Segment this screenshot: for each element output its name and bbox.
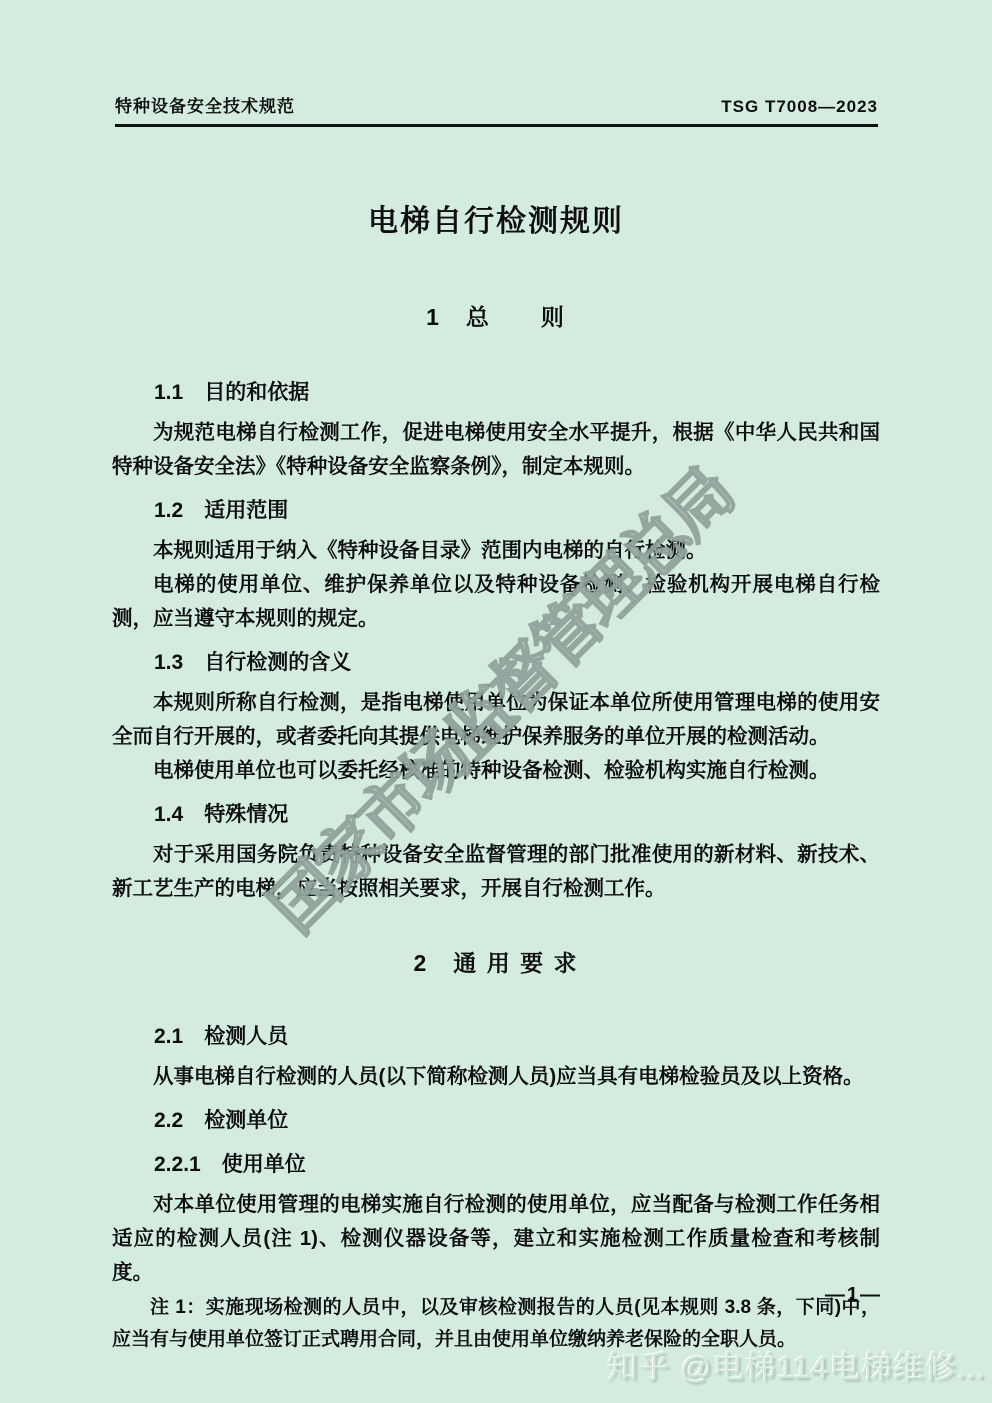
document-body: 1 总 则 1.1 目的和依据 为规范电梯自行检测工作，促进电梯使用安全水平提升… <box>112 300 880 1356</box>
header-doc-code: TSG T7008—2023 <box>721 97 878 117</box>
section-1-2-paragraph-2: 电梯的使用单位、维护保养单位以及特种设备检测、检验机构开展电梯自行检测，应当遵守… <box>112 568 880 636</box>
section-1-2-heading: 1.2 适用范围 <box>112 494 880 528</box>
section-2-2-1-paragraph: 对本单位使用管理的电梯实施自行检测的使用单位，应当配备与检测工作任务相适应的检测… <box>112 1188 880 1290</box>
section-1-4-paragraph: 对于采用国务院负责特种设备安全监督管理的部门批准使用的新材料、新技术、新工艺生产… <box>112 838 880 906</box>
section-1-1-heading: 1.1 目的和依据 <box>112 376 880 410</box>
header-spec-name: 特种设备安全技术规范 <box>115 92 295 117</box>
document-page: 特种设备安全技术规范 TSG T7008—2023 电梯自行检测规则 1 总 则… <box>0 0 992 1403</box>
chapter-2-heading: 2 通 用 要 求 <box>112 946 880 980</box>
section-1-1-paragraph: 为规范电梯自行检测工作，促进电梯使用安全水平提升，根据《中华人民共和国特种设备安… <box>112 416 880 484</box>
section-1-2-paragraph-1: 本规则适用于纳入《特种设备目录》范围内电梯的自行检测。 <box>112 534 880 568</box>
section-2-1-heading: 2.1 检测人员 <box>112 1020 880 1054</box>
section-2-1-paragraph: 从事电梯自行检测的人员(以下简称检测人员)应当具有电梯检验员及以上资格。 <box>112 1060 880 1094</box>
section-1-3-paragraph-2: 电梯使用单位也可以委托经核准的特种设备检测、检验机构实施自行检测。 <box>112 754 880 788</box>
section-2-2-heading: 2.2 检测单位 <box>112 1104 880 1138</box>
section-2-2-1-note: 注 1：实施现场检测的人员中，以及审核检测报告的人员(见本规则 3.8 条，下同… <box>112 1292 880 1356</box>
page-header: 特种设备安全技术规范 TSG T7008—2023 <box>115 92 878 127</box>
chapter-1-heading: 1 总 则 <box>112 300 880 334</box>
section-1-3-paragraph-1: 本规则所称自行检测，是指电梯使用单位为保证本单位所使用管理电梯的使用安全而自行开… <box>112 686 880 754</box>
page-number: —1— <box>825 1284 882 1307</box>
section-1-4-heading: 1.4 特殊情况 <box>112 798 880 832</box>
section-1-3-heading: 1.3 自行检测的含义 <box>112 646 880 680</box>
document-title: 电梯自行检测规则 <box>0 196 992 240</box>
section-2-2-1-heading: 2.2.1 使用单位 <box>112 1148 880 1182</box>
